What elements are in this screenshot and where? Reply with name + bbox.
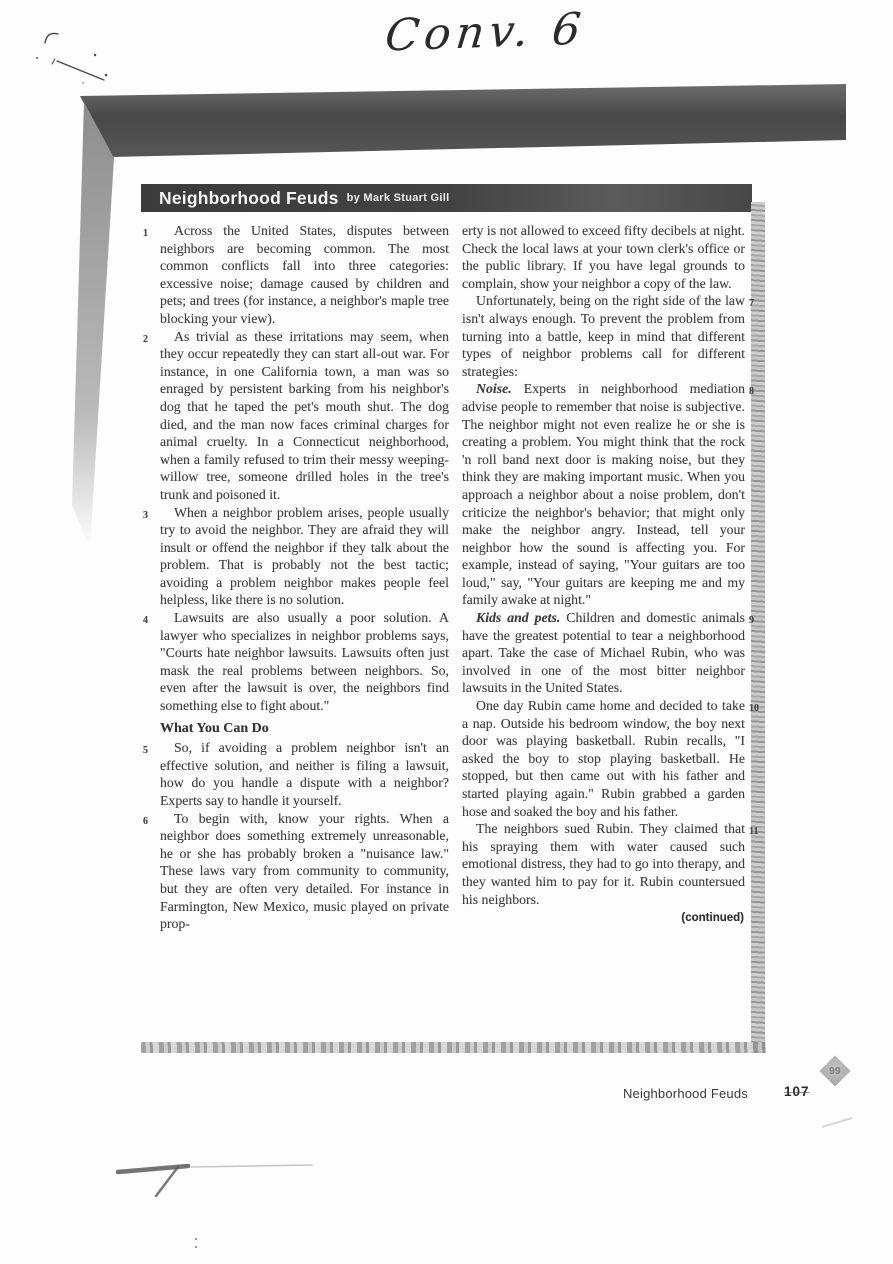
paragraph: 2As trivial as these irritations may see… <box>160 328 449 504</box>
left-column: 1Across the United States, disputes betw… <box>160 222 449 933</box>
paragraph-text: Lawsuits are also usually a poor solutio… <box>160 610 449 713</box>
article-title: Neighborhood Feuds <box>159 188 339 209</box>
badge-number: 99 <box>829 1065 841 1077</box>
paragraph: 11The neighbors sued Rubin. They claimed… <box>462 820 745 908</box>
paragraph: 10One day Rubin came home and decided to… <box>462 697 745 820</box>
section-heading: What You Can Do <box>160 720 449 738</box>
pen-scribble-top-left <box>36 33 107 83</box>
footer-page-number: 107 <box>784 1084 810 1099</box>
paragraph-number: 5 <box>143 742 148 760</box>
paragraph: 6To begin with, know your rights. When a… <box>160 810 449 933</box>
paragraph-text: One day Rubin came home and decided to t… <box>462 698 745 819</box>
paragraph-text: Across the United States, disputes betwe… <box>160 223 449 326</box>
pen-mark-bottom-left <box>118 1165 312 1248</box>
paragraph-number: 11 <box>749 823 767 841</box>
page-diamond-badge: 99 <box>819 1055 850 1086</box>
paragraph-text: So, if avoiding a problem neighbor isn't… <box>160 740 449 808</box>
paragraph: 8Noise. Experts in neighborhood mediatio… <box>462 380 745 609</box>
scan-left-edge <box>72 102 114 548</box>
paragraph-number: 2 <box>143 331 148 349</box>
paragraph-number: 9 <box>749 612 767 630</box>
paragraph-number: 7 <box>749 295 767 313</box>
paragraph-number: 3 <box>143 507 148 525</box>
paragraph-text: As trivial as these irritations may seem… <box>160 329 449 502</box>
paragraph-lead: Noise. <box>476 381 512 396</box>
paragraph-text: Unfortunately, being on the right side o… <box>462 293 745 378</box>
paragraph-text: When a neighbor problem arises, people u… <box>160 505 449 608</box>
page-bottom-edge-texture <box>141 1042 766 1053</box>
paragraph: 7Unfortunately, being on the right side … <box>462 292 745 380</box>
paragraph: 4Lawsuits are also usually a poor soluti… <box>160 609 449 715</box>
article-body: 1Across the United States, disputes betw… <box>160 222 745 933</box>
scanned-page: Conv. 6 Neighborhood Feuds by Mark Stuar… <box>0 0 893 1264</box>
article-title-bar: Neighborhood Feuds by Mark Stuart Gill <box>141 184 752 212</box>
paragraph-number: 4 <box>143 612 148 630</box>
right-column: erty is not allowed to exceed fifty deci… <box>462 222 745 933</box>
scan-top-band <box>80 84 846 157</box>
paragraph-number: 1 <box>143 225 148 243</box>
paragraph: erty is not allowed to exceed fifty deci… <box>462 222 745 292</box>
paragraph-text: The neighbors sued Rubin. They claimed t… <box>462 821 745 906</box>
scan-scratch <box>822 1118 852 1127</box>
handwritten-note: Conv. 6 <box>383 1 650 61</box>
paragraph-text: erty is not allowed to exceed fifty deci… <box>462 223 745 291</box>
paragraph-lead: Kids and pets. <box>476 610 560 625</box>
paragraph: 1Across the United States, disputes betw… <box>160 222 449 328</box>
paragraph-number: 8 <box>749 383 767 401</box>
paragraph: 9Kids and pets. Children and domestic an… <box>462 609 745 697</box>
paragraph-text: Experts in neighborhood mediation advise… <box>462 381 745 607</box>
article-byline: by Mark Stuart Gill <box>347 192 450 204</box>
continued-label: (continued) <box>462 910 745 928</box>
footer-chapter-title: Neighborhood Feuds <box>623 1086 748 1101</box>
paragraph-number: 10 <box>749 700 767 718</box>
paragraph-text: To begin with, know your rights. When a … <box>160 811 449 932</box>
paragraph-number: 6 <box>143 813 148 831</box>
paragraph: 5So, if avoiding a problem neighbor isn'… <box>160 739 449 809</box>
paragraph: 3When a neighbor problem arises, people … <box>160 504 449 610</box>
